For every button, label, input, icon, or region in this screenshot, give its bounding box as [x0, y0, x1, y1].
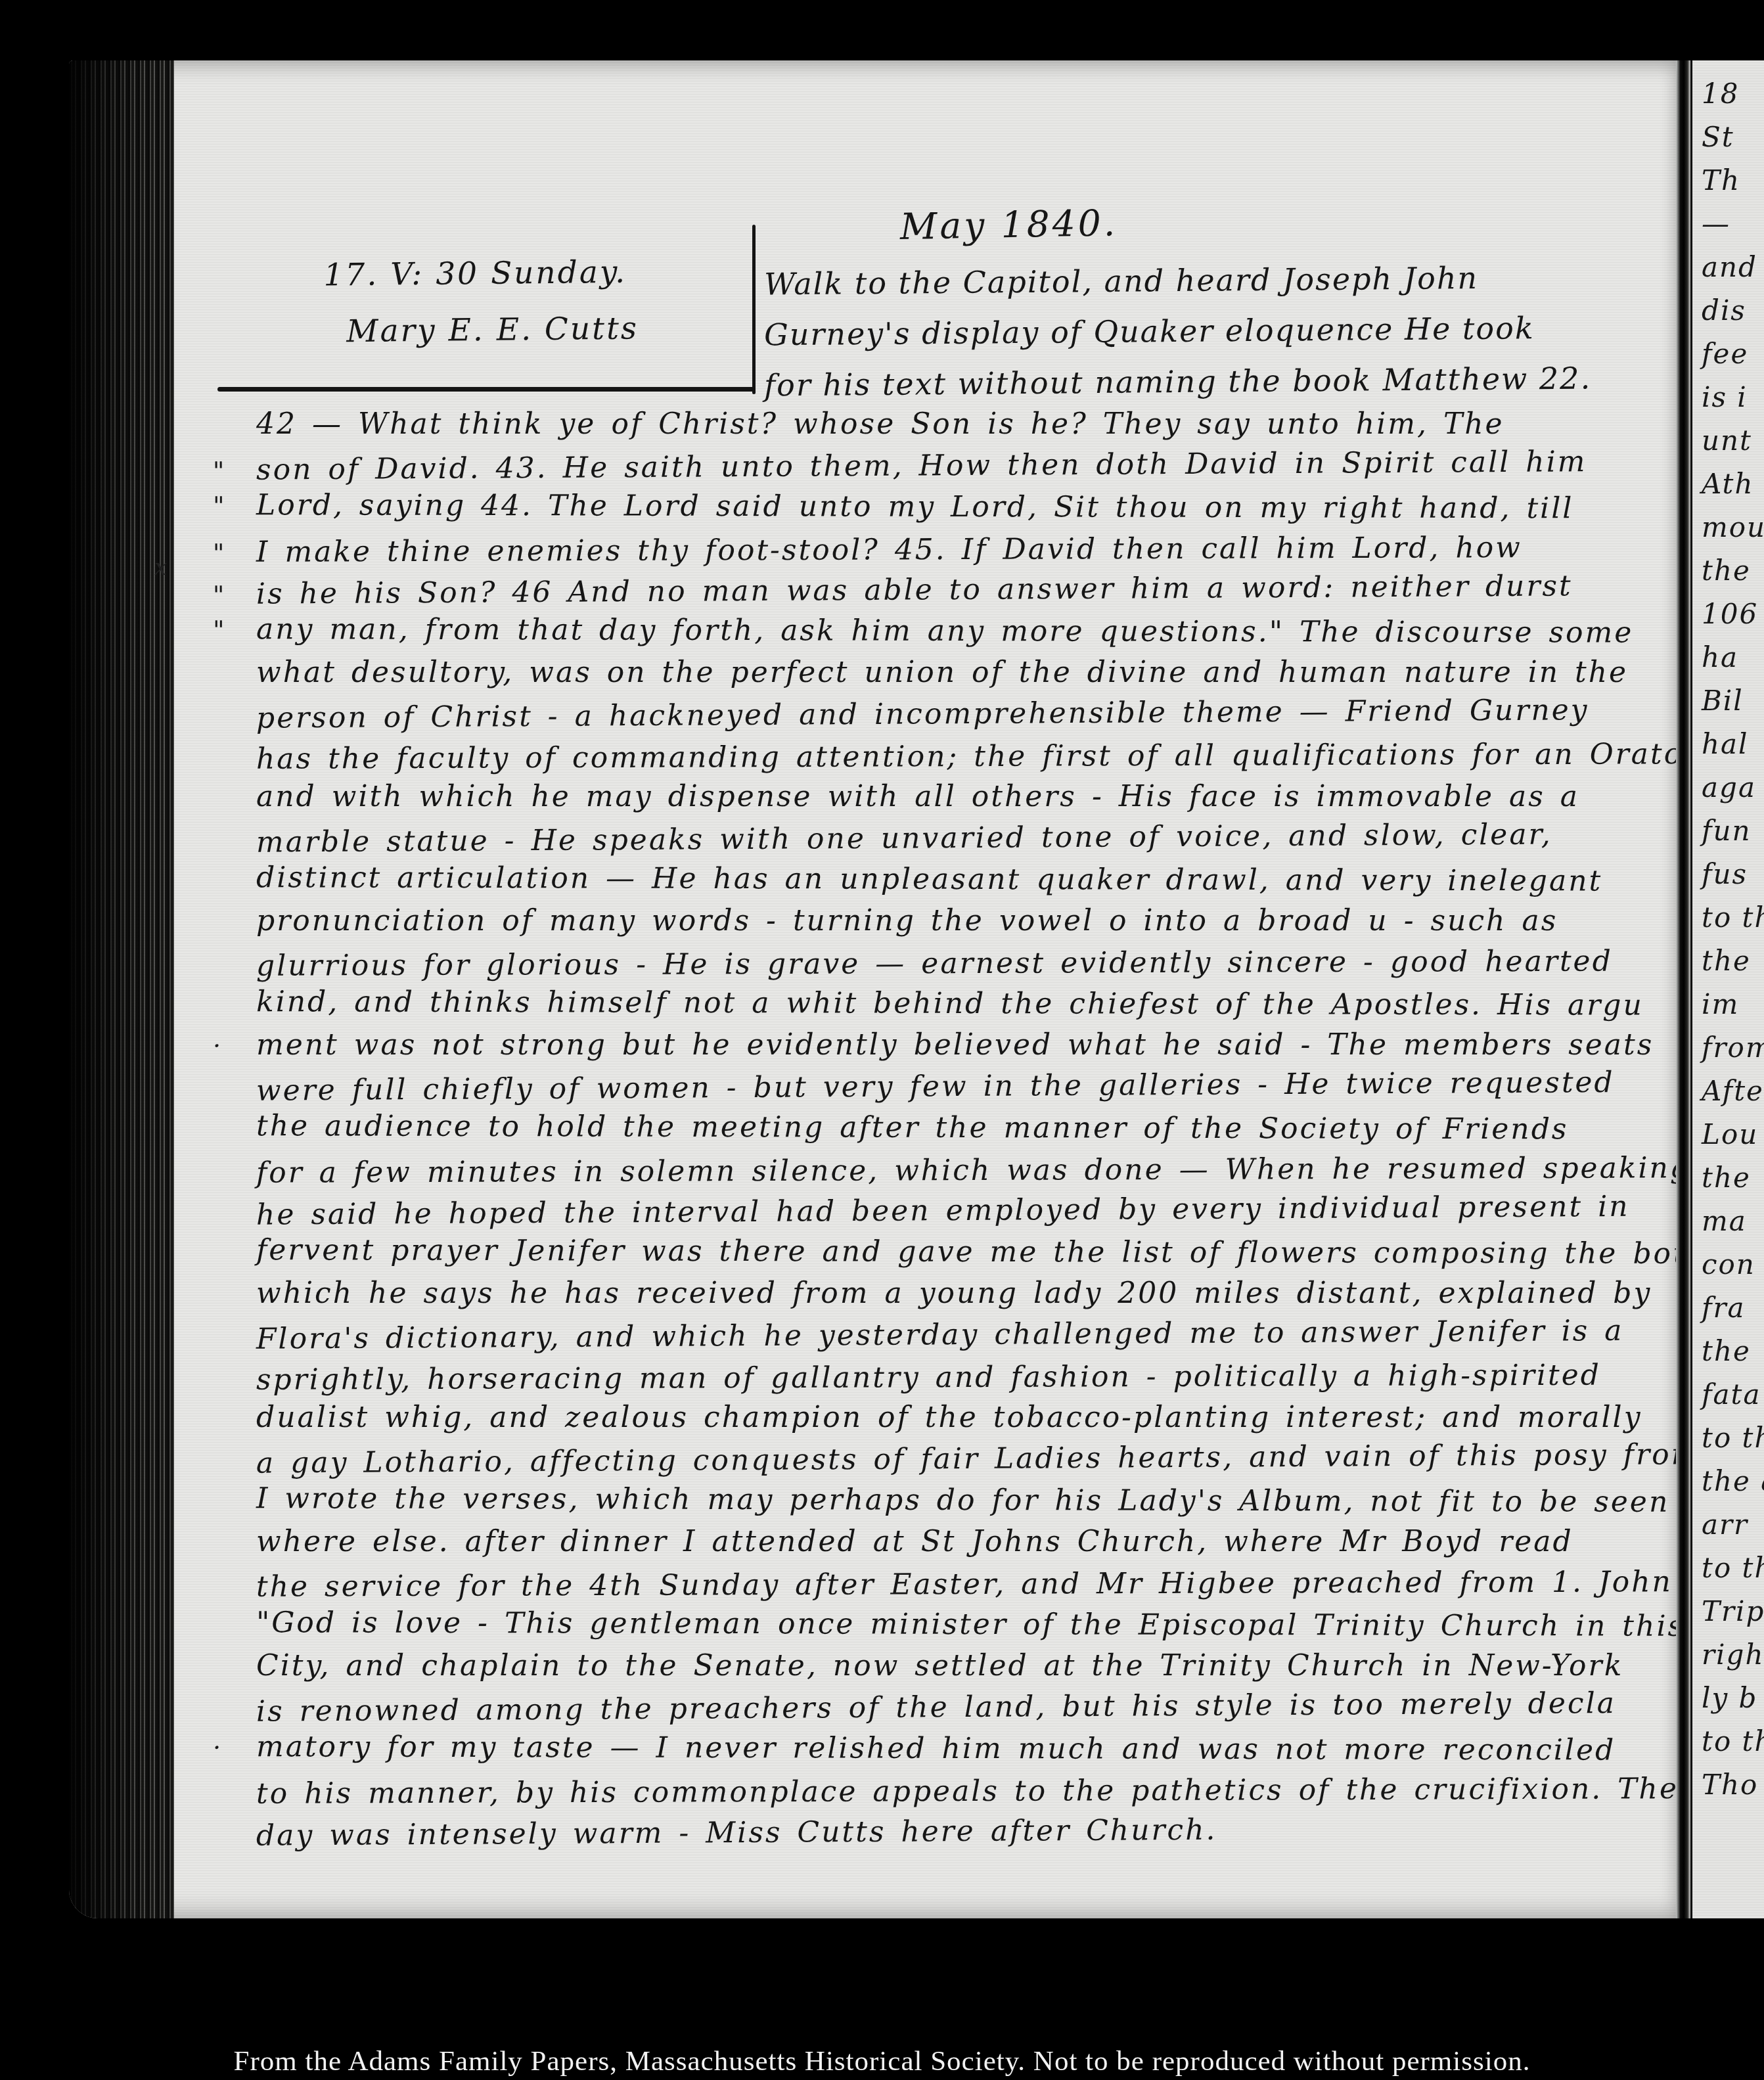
page-gutter-shadow — [1676, 60, 1690, 1918]
manuscript-line-text: what desultory, was on the perfect union… — [256, 656, 1628, 689]
margin-quote-mark: · — [204, 1031, 256, 1060]
manuscript-line: · ment was not strong but he evidently b… — [204, 1028, 1679, 1070]
manuscript-line-text: fervent prayer Jenifer was there and gav… — [256, 1233, 1679, 1271]
edge-text-fragment: Th — [1702, 159, 1764, 202]
manuscript-body: 42 — What think ye of Christ? whose Son … — [204, 407, 1679, 1856]
manuscript-line-text: sprightly, horseracing man of gallantry … — [256, 1359, 1601, 1397]
manuscript-line-text: kind, and thinks himself not a whit behi… — [256, 985, 1644, 1022]
manuscript-line: the service for the 4th Sunday after Eas… — [204, 1565, 1679, 1612]
edge-text-fragment: ha — [1702, 636, 1764, 679]
manuscript-line: pronunciation of many words - turning th… — [204, 904, 1679, 945]
margin-quote-mark: " — [204, 491, 256, 520]
manuscript-line: were full chiefly of women - but very fe… — [204, 1065, 1679, 1116]
edge-text-fragment: dis — [1702, 289, 1764, 332]
edge-text-fragment: Afte — [1702, 1070, 1764, 1113]
manuscript-line-text: for a few minutes in solemn silence, whi… — [256, 1151, 1679, 1190]
edge-text-fragment: the a — [1702, 1460, 1764, 1503]
manuscript-line: " Lord, saying 44. The Lord said unto my… — [204, 488, 1679, 533]
edge-text-fragment: St — [1702, 116, 1764, 159]
next-page-text-fragments: 18 St Th — and dis fee is i unt Ath mou — [1692, 60, 1764, 1807]
edge-text-fragment: fus — [1702, 853, 1764, 896]
manuscript-line: has the faculty of commanding attention;… — [204, 737, 1679, 784]
manuscript-line: person of Christ - a hackneyed and incom… — [204, 692, 1679, 743]
manuscript-line: he said he hoped the interval had been e… — [204, 1189, 1679, 1240]
edge-text-fragment: to th — [1702, 1416, 1764, 1460]
manuscript-line-text: I make thine enemies thy foot-stool? 45.… — [256, 531, 1522, 569]
manuscript-line-text: Flora's dictionary, and which he yesterd… — [256, 1314, 1624, 1356]
manuscript-line: day was intensely warm - Miss Cutts here… — [204, 1810, 1679, 1861]
manuscript-line: what desultory, was on the perfect union… — [204, 656, 1679, 697]
manuscript-line: dualist whig, and zealous champion of th… — [204, 1401, 1679, 1442]
manuscript-line: and with which he may dispense with all … — [204, 780, 1679, 821]
manuscript-line: distinct articulation — He has an unplea… — [204, 861, 1679, 906]
margin-quote-mark: " — [204, 616, 256, 644]
manuscript-line-text: "God is love - This gentleman once minis… — [256, 1606, 1679, 1643]
manuscript-line: " son of David. 43. He saith unto them, … — [204, 444, 1679, 495]
edge-text-fragment: unt — [1702, 419, 1764, 463]
edge-text-fragment: the — [1702, 1330, 1764, 1373]
margin-quote-mark: " — [204, 457, 256, 486]
manuscript-line: 42 — What think ye of Christ? whose Son … — [204, 407, 1679, 449]
edge-text-fragment: arr — [1702, 1503, 1764, 1547]
manuscript-line: a gay Lothario, affecting conquests of f… — [204, 1437, 1679, 1488]
edge-text-fragment: fata — [1702, 1373, 1764, 1416]
manuscript-line-text: were full chiefly of women - but very fe… — [256, 1066, 1615, 1108]
manuscript-line-text: person of Christ - a hackneyed and incom… — [256, 693, 1589, 735]
edge-text-fragment: to th — [1702, 1720, 1764, 1763]
edge-text-fragment: the — [1702, 549, 1764, 593]
month-year-heading: May 1840. — [899, 202, 1118, 248]
manuscript-line: City, and chaplain to the Senate, now se… — [204, 1649, 1679, 1690]
manuscript-line: which he says he has received from a you… — [204, 1277, 1679, 1318]
header-underline — [217, 387, 755, 392]
manuscript-line: glurrious for glorious - He is grave — e… — [204, 944, 1679, 991]
edge-text-fragment: from — [1702, 1026, 1764, 1070]
manuscript-line-text: and with which he may dispense with all … — [256, 780, 1579, 813]
journal-page: 17. V: 30 Sunday. Mary E. E. Cutts May 1… — [69, 60, 1679, 1918]
edge-text-fragment: 106 — [1702, 593, 1764, 636]
intro-line: Walk to the Capitol, and heard Joseph Jo… — [764, 251, 1679, 310]
manuscript-line-text: marble statue - He speaks with one unvar… — [256, 818, 1552, 859]
manuscript-line: " is he his Son? 46 And no man was able … — [204, 568, 1679, 619]
manuscript-line: "God is love - This gentleman once minis… — [204, 1606, 1679, 1651]
manuscript-line-text: 42 — What think ye of Christ? whose Son … — [256, 407, 1504, 441]
manuscript-line-text: to his manner, by his commonplace appeal… — [256, 1772, 1679, 1811]
edge-text-fragment: con — [1702, 1243, 1764, 1286]
entry-header-left: 17. V: 30 Sunday. Mary E. E. Cutts — [323, 244, 639, 360]
edge-text-fragment: — — [1702, 202, 1764, 246]
edge-text-fragment: fee — [1702, 332, 1764, 376]
edge-text-fragment: fra — [1702, 1286, 1764, 1330]
manuscript-line-text: where else. after dinner I attended at S… — [256, 1525, 1573, 1558]
manuscript-line-text: distinct articulation — He has an unplea… — [256, 861, 1602, 897]
manuscript-line-text: son of David. 43. He saith unto them, Ho… — [256, 445, 1587, 486]
edge-text-fragment: aga — [1702, 766, 1764, 809]
entry-date: 17. V: 30 Sunday. — [323, 244, 638, 304]
margin-quote-mark: · — [204, 1733, 256, 1762]
book-binding-edge — [69, 60, 174, 1918]
manuscript-line-text: dualist whig, and zealous champion of th… — [256, 1401, 1642, 1434]
manuscript-line: where else. after dinner I attended at S… — [204, 1525, 1679, 1566]
edge-text-fragment: Lou — [1702, 1113, 1764, 1156]
edge-text-fragment: mou — [1702, 506, 1764, 549]
manuscript-line-text: which he says he has received from a you… — [256, 1277, 1652, 1310]
manuscript-line-text: the service for the 4th Sunday after Eas… — [256, 1565, 1679, 1604]
edge-text-fragment: im — [1702, 983, 1764, 1026]
edge-text-fragment: righ — [1702, 1633, 1764, 1677]
header-divider-line — [752, 225, 756, 394]
edge-text-fragment: Trip — [1702, 1590, 1764, 1633]
margin-quote-mark: " — [204, 539, 256, 568]
manuscript-line-text: I wrote the verses, which may perhaps do… — [256, 1481, 1679, 1519]
manuscript-line-text: any man, from that day forth, ask him an… — [256, 612, 1634, 649]
edge-text-fragment: and — [1702, 246, 1764, 289]
manuscript-line: the audience to hold the meeting after t… — [204, 1109, 1679, 1154]
edge-text-fragment: hal — [1702, 723, 1764, 766]
entry-intro: Walk to the Capitol, and heard Joseph Jo… — [764, 255, 1679, 407]
next-page-sliver: 18 St Th — and dis fee is i unt Ath mou — [1692, 60, 1764, 1918]
manuscript-line: · matory for my taste — I never relished… — [204, 1730, 1679, 1775]
entry-name: Mary E. E. Cutts — [324, 300, 639, 360]
intro-line: Gurney's display of Quaker eloquence He … — [764, 302, 1679, 361]
manuscript-line: sprightly, horseracing man of gallantry … — [204, 1358, 1679, 1405]
edge-text-fragment: the — [1702, 939, 1764, 983]
archive-caption: From the Adams Family Papers, Massachuse… — [0, 2045, 1764, 2077]
margin-quote-mark: " — [204, 581, 256, 610]
manuscript-line-text: matory for my taste — I never relished h… — [256, 1730, 1616, 1767]
edge-text-fragment: to th — [1702, 896, 1764, 939]
manuscript-line: kind, and thinks himself not a whit behi… — [204, 985, 1679, 1030]
scanned-diary-image: 17. V: 30 Sunday. Mary E. E. Cutts May 1… — [0, 0, 1764, 2080]
edge-text-fragment: the — [1702, 1156, 1764, 1200]
manuscript-line-text: a gay Lothario, affecting conquests of f… — [256, 1437, 1679, 1480]
edge-text-fragment: ly b — [1702, 1677, 1764, 1720]
manuscript-line-text: Lord, saying 44. The Lord said unto my L… — [256, 488, 1573, 525]
edge-text-fragment: ma — [1702, 1200, 1764, 1243]
margin-x-mark: x — [154, 554, 167, 581]
manuscript-line: is renowned among the preachers of the l… — [204, 1686, 1679, 1736]
manuscript-line: Flora's dictionary, and which he yesterd… — [204, 1313, 1679, 1364]
edge-text-fragment: to th — [1702, 1547, 1764, 1590]
edge-text-fragment: Ath — [1702, 463, 1764, 506]
edge-text-fragment: Tho — [1702, 1763, 1764, 1807]
manuscript-line-text: has the faculty of commanding attention;… — [256, 737, 1679, 776]
manuscript-line-text: the audience to hold the meeting after t… — [256, 1109, 1569, 1146]
edge-text-fragment: is i — [1702, 376, 1764, 419]
manuscript-line: marble statue - He speaks with one unvar… — [204, 817, 1679, 867]
manuscript-line: " any man, from that day forth, ask him … — [204, 612, 1679, 658]
manuscript-line: fervent prayer Jenifer was there and gav… — [204, 1233, 1679, 1278]
edge-text-fragment: 18 — [1702, 72, 1764, 116]
manuscript-line-text: City, and chaplain to the Senate, now se… — [256, 1649, 1623, 1683]
manuscript-line: I wrote the verses, which may perhaps do… — [204, 1481, 1679, 1527]
manuscript-line-text: ment was not strong but he evidently bel… — [256, 1028, 1654, 1062]
intro-line: for his text without naming the book Mat… — [764, 352, 1679, 411]
manuscript-line-text: pronunciation of many words - turning th… — [256, 904, 1558, 938]
edge-text-fragment: fun — [1702, 809, 1764, 853]
edge-text-fragment: Bil — [1702, 679, 1764, 723]
manuscript-line-text: is he his Son? 46 And no man was able to… — [256, 569, 1573, 610]
manuscript-line-text: is renowned among the preachers of the l… — [256, 1686, 1616, 1729]
manuscript-line-text: glurrious for glorious - He is grave — e… — [256, 945, 1613, 983]
manuscript-line-text: day was intensely warm - Miss Cutts here… — [256, 1813, 1217, 1853]
